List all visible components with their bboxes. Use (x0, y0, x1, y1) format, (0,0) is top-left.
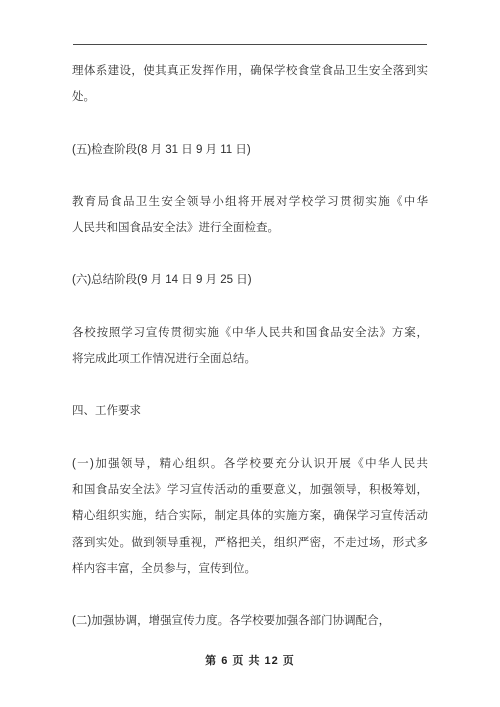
header-divider-line (73, 44, 427, 45)
text-line: (一)加强领导，精心组织。各学校要充分认识开展《中华人民共 (72, 451, 428, 477)
text-line: 四、工作要求 (72, 398, 428, 424)
page-number-footer: 第 6 页 共 12 页 (0, 652, 500, 668)
paragraph: 四、工作要求 (72, 398, 428, 424)
text-line: 人民共和国食品安全法》进行全面检查。 (72, 215, 428, 241)
text-line: 将完成此项工作情况进行全面总结。 (72, 346, 428, 372)
text-line: 精心组织实施，结合实际，制定具体的实施方案，确保学习宣传活动 (72, 503, 428, 529)
paragraph: (六)总结阶段(9 月 14 日 9 月 25 日) (72, 267, 428, 293)
text-line: (六)总结阶段(9 月 14 日 9 月 25 日) (72, 267, 428, 293)
paragraph: (一)加强领导，精心组织。各学校要充分认识开展《中华人民共 和国食品安全法》学习… (72, 451, 428, 582)
text-line: (二)加强协调，增强宣传力度。各学校要加强各部门协调配合， (72, 608, 428, 634)
text-line: 和国食品安全法》学习宣传活动的重要意义，加强领导，积极筹划， (72, 477, 428, 503)
text-line: 理体系建设，使其真正发挥作用，确保学校食堂食品卫生安全落到实 (72, 58, 428, 84)
text-line: 各校按照学习宣传贯彻实施《中华人民共和国食品安全法》方案， (72, 320, 428, 346)
text-line: 落到实处。做到领导重视，严格把关，组织严密，不走过场，形式多 (72, 530, 428, 556)
paragraph: 理体系建设，使其真正发挥作用，确保学校食堂食品卫生安全落到实 处。 (72, 58, 428, 111)
document-body: 理体系建设，使其真正发挥作用，确保学校食堂食品卫生安全落到实 处。 (五)检查阶… (72, 58, 428, 634)
text-line: 样内容丰富，全员参与，宣传到位。 (72, 556, 428, 582)
paragraph: (五)检查阶段(8 月 31 日 9 月 11 日) (72, 137, 428, 163)
paragraph: (二)加强协调，增强宣传力度。各学校要加强各部门协调配合， (72, 608, 428, 634)
text-line: 处。 (72, 84, 428, 110)
document-page: 理体系建设，使其真正发挥作用，确保学校食堂食品卫生安全落到实 处。 (五)检查阶… (0, 0, 500, 707)
paragraph: 教育局食品卫生安全领导小组将开展对学校学习贯彻实施《中华 人民共和国食品安全法》… (72, 189, 428, 242)
text-line: (五)检查阶段(8 月 31 日 9 月 11 日) (72, 137, 428, 163)
paragraph: 各校按照学习宣传贯彻实施《中华人民共和国食品安全法》方案， 将完成此项工作情况进… (72, 320, 428, 373)
text-line: 教育局食品卫生安全领导小组将开展对学校学习贯彻实施《中华 (72, 189, 428, 215)
